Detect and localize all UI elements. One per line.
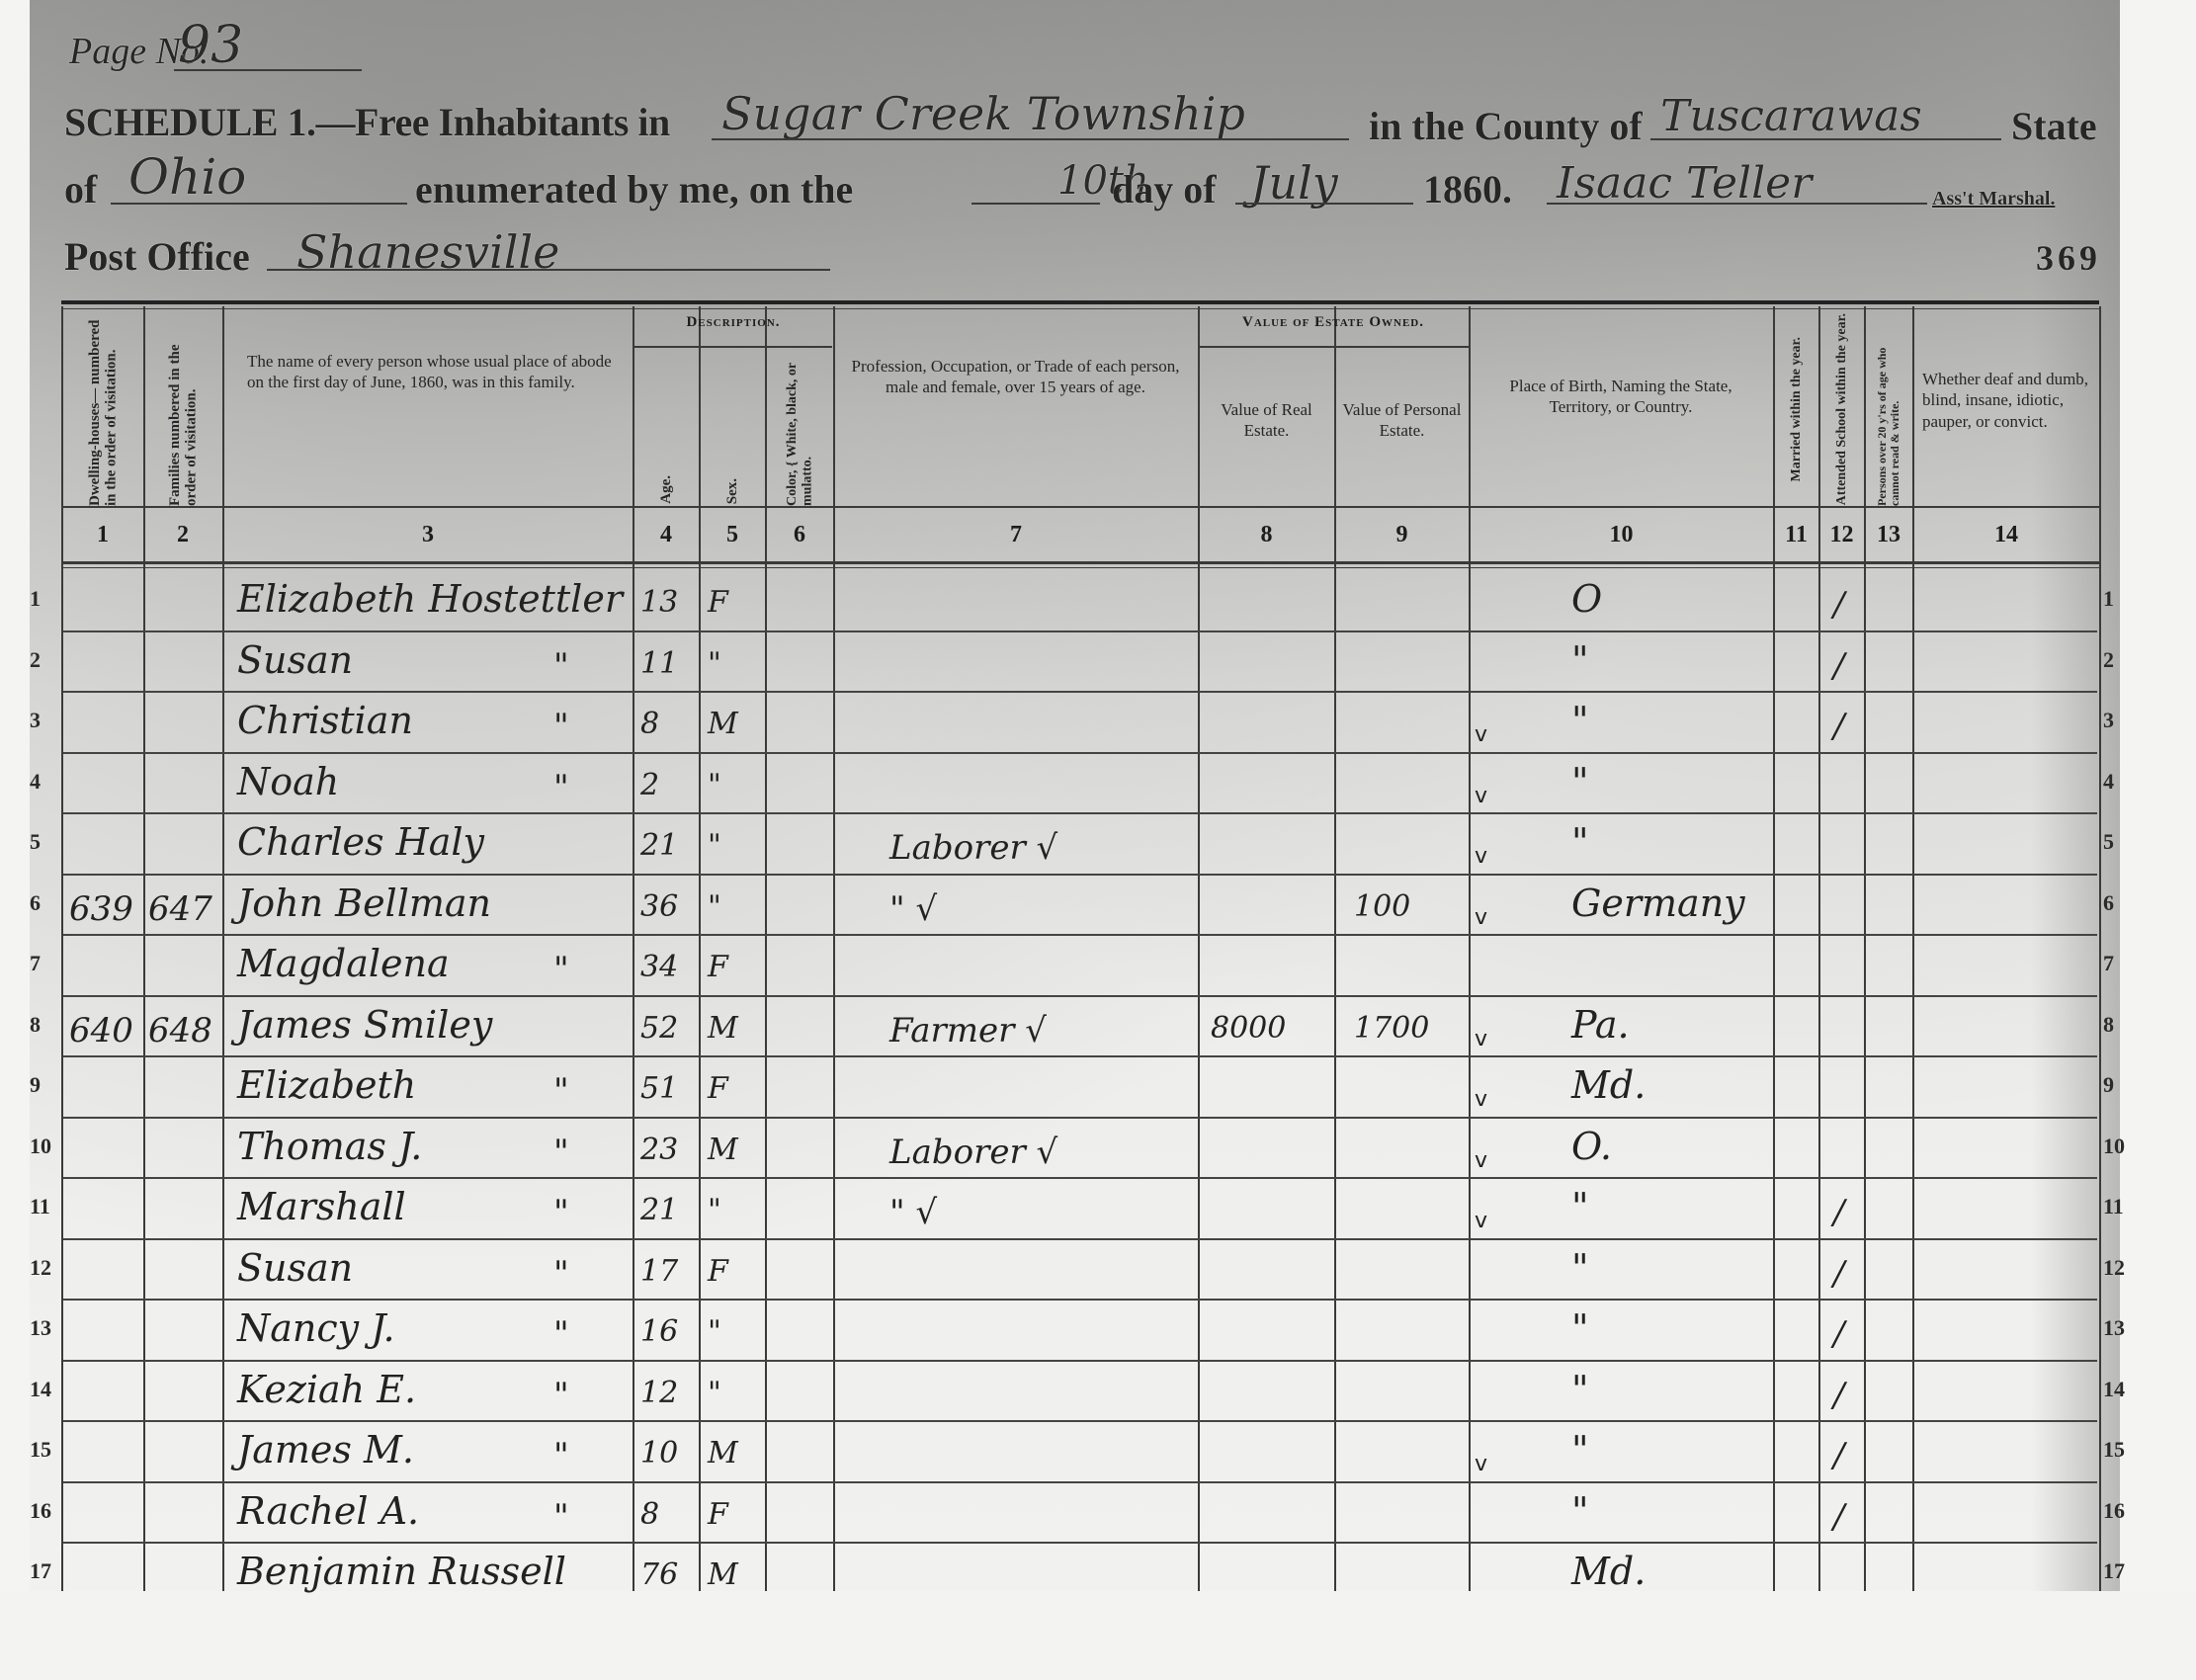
line-number: 8 — [2103, 1012, 2114, 1038]
col-rule — [222, 306, 224, 1591]
cell-birthplace: Germany — [1571, 882, 1745, 925]
header-age: Age. — [634, 356, 698, 504]
cell-occupation: " √ — [889, 889, 937, 929]
cell-occupation: Laborer √ — [889, 828, 1057, 868]
cell-age: 8 — [640, 1497, 659, 1532]
cell-birth-check: v — [1475, 722, 1487, 747]
line-number: 1 — [2103, 586, 2114, 612]
cell-name: Susan — [237, 638, 353, 682]
township-line — [712, 138, 1349, 140]
month-value: July — [1250, 156, 1338, 210]
line-number: 9 — [2103, 1072, 2114, 1098]
cell-birthplace: " — [1571, 760, 1588, 803]
column-number: 5 — [701, 522, 764, 548]
row-rule — [63, 874, 2097, 876]
cell-name: James M. — [237, 1428, 414, 1471]
column-number: 4 — [634, 522, 698, 548]
column-number: 13 — [1866, 522, 1911, 548]
cell-school: / — [1833, 646, 1844, 686]
cell-ditto: " — [553, 707, 569, 746]
cell-birthplace: O — [1571, 577, 1602, 621]
cell-sex: M — [708, 1557, 738, 1592]
cell-birth-check: v — [1475, 844, 1487, 869]
cell-birthplace: " — [1571, 1185, 1588, 1228]
column-number: 8 — [1200, 522, 1333, 548]
county-value: Tuscarawas — [1660, 91, 1922, 141]
state-label: State — [2011, 103, 2097, 149]
column-number: 9 — [1336, 522, 1468, 548]
cell-sex: F — [708, 950, 728, 984]
header-married: Married within the year. — [1775, 312, 1817, 506]
cell-name: Marshall — [237, 1185, 406, 1228]
line-number: 7 — [30, 951, 41, 976]
cell-age: 11 — [640, 646, 678, 681]
page-number-line — [174, 69, 362, 71]
line-number: 15 — [30, 1437, 51, 1463]
row-rule — [63, 691, 2097, 693]
cell-name: Benjamin Russell — [237, 1550, 566, 1593]
cell-age: 21 — [640, 1193, 678, 1227]
row-rule — [63, 1299, 2097, 1301]
cell-school: / — [1833, 1254, 1844, 1294]
header-dwelling-text: Dwelling-houses— numbered in the order o… — [87, 312, 120, 506]
line-number: 3 — [30, 708, 41, 733]
cell-age: 36 — [640, 889, 678, 924]
cell-birth-check: v — [1475, 784, 1487, 808]
row-rule — [63, 1117, 2097, 1119]
cell-age: 51 — [640, 1071, 678, 1106]
line-number: 4 — [30, 769, 41, 795]
cell-birthplace: " — [1571, 1368, 1588, 1411]
cell-sex: M — [708, 707, 738, 741]
header-illiterate-text: Persons over 20 y'rs of age who cannot r… — [1876, 312, 1901, 506]
cell-age: 23 — [640, 1133, 678, 1167]
line-number: 12 — [2103, 1255, 2125, 1281]
cell-birthplace: " — [1571, 820, 1588, 864]
cell-birthplace: " — [1571, 638, 1588, 682]
line-number: 6 — [30, 890, 41, 916]
cell-age: 2 — [640, 768, 659, 802]
row-rule — [63, 752, 2097, 754]
header-family: Families numbered in the order of visita… — [145, 312, 220, 506]
line-number: 11 — [30, 1194, 50, 1219]
column-number-rule — [61, 561, 2099, 564]
cell-birth-check: v — [1475, 1027, 1487, 1051]
row-rule — [63, 812, 2097, 814]
cell-name: Elizabeth — [237, 1063, 416, 1107]
column-number: 2 — [145, 522, 220, 548]
header-color: Color, { White, black, or mulatto. — [767, 312, 832, 506]
cell-name: Magdalena — [237, 942, 450, 985]
column-number: 14 — [1914, 522, 2098, 548]
table-top-rule — [61, 300, 2099, 304]
header-disability: Whether deaf and dumb, blind, insane, id… — [1922, 336, 2092, 464]
header-dwelling: Dwelling-houses— numbered in the order o… — [63, 312, 142, 506]
cell-age: 17 — [640, 1254, 678, 1289]
header-sex: Sex. — [701, 356, 764, 504]
line-number: 14 — [2103, 1377, 2125, 1402]
header-personal-estate-text: Value of Personal Estate. — [1336, 399, 1468, 442]
header-color-text: Color, { White, black, or mulatto. — [785, 312, 815, 506]
day-line — [971, 203, 1100, 205]
line-number: 2 — [30, 647, 41, 673]
cell-birthplace: Md. — [1571, 1063, 1646, 1107]
cell-birthplace: " — [1571, 699, 1588, 742]
cell-ditto: " — [553, 768, 569, 807]
page-number: 93 — [178, 16, 243, 75]
cell-name: Susan — [237, 1246, 353, 1290]
line-number: 10 — [2103, 1134, 2125, 1159]
header-estate-group: Value of Estate Owned. — [1200, 314, 1467, 331]
line-number: 7 — [2103, 951, 2114, 976]
enumerated-label: enumerated by me, on the — [415, 166, 853, 212]
cell-ditto: " — [553, 1133, 569, 1172]
cell-sex: " — [708, 889, 721, 924]
cell-real: 8000 — [1211, 1011, 1286, 1046]
township-value: Sugar Creek Township — [721, 87, 1245, 140]
cell-birthplace: " — [1571, 1246, 1588, 1290]
cell-birthplace: " — [1571, 1489, 1588, 1533]
line-number: 3 — [2103, 708, 2114, 733]
column-number-rule-thin — [61, 567, 2099, 568]
day-of-label: day of — [1112, 166, 1217, 212]
col-rule — [1912, 306, 1914, 1591]
line-number: 4 — [2103, 769, 2114, 795]
cell-family: 648 — [148, 1011, 212, 1050]
cell-name: Elizabeth Hostettler — [237, 577, 623, 621]
table-top-rule-thin — [61, 308, 2099, 309]
header-age-text: Age. — [658, 475, 675, 504]
cell-age: 34 — [640, 950, 678, 984]
cell-ditto: " — [553, 1436, 569, 1475]
row-rule — [63, 1481, 2097, 1483]
month-line — [1235, 203, 1413, 205]
year-label: 1860. — [1423, 166, 1512, 212]
line-number: 2 — [2103, 647, 2114, 673]
cell-sex: F — [708, 585, 728, 620]
schedule-title: SCHEDULE 1.—Free Inhabitants in — [64, 99, 670, 145]
header-illiterate: Persons over 20 y'rs of age who cannot r… — [1866, 312, 1911, 506]
cell-sex: " — [708, 1314, 721, 1349]
header-occupation: Profession, Occupation, or Trade of each… — [845, 312, 1186, 441]
cell-birth-check: v — [1475, 1209, 1487, 1233]
col-rule — [1334, 306, 1336, 1591]
header-married-text: Married within the year. — [1789, 337, 1804, 481]
cell-ditto: " — [553, 1314, 569, 1354]
cell-name: Rachel A. — [237, 1489, 419, 1533]
column-number: 6 — [767, 522, 832, 548]
cell-sex: " — [708, 1376, 721, 1410]
cell-sex: F — [708, 1071, 728, 1106]
header-name: The name of every person whose usual pla… — [247, 312, 613, 431]
cell-name: Keziah E. — [237, 1368, 416, 1411]
col-rule — [1198, 306, 1200, 1591]
row-rule — [63, 1360, 2097, 1362]
scan-margin — [0, 1591, 2196, 1680]
cell-birthplace: " — [1571, 1306, 1588, 1350]
cell-occupation: Laborer √ — [889, 1133, 1057, 1172]
line-number: 13 — [30, 1315, 51, 1341]
column-number: 11 — [1775, 522, 1817, 548]
column-number: 12 — [1820, 522, 1863, 548]
state-line — [111, 203, 407, 205]
state-value: Ohio — [128, 148, 246, 206]
cell-birth-check: v — [1475, 1452, 1487, 1476]
cell-birthplace: Pa. — [1571, 1003, 1630, 1047]
cell-name: James Smiley — [237, 1003, 492, 1047]
column-number: 7 — [835, 522, 1197, 548]
row-rule — [63, 1420, 2097, 1422]
column-number: 3 — [224, 522, 632, 548]
row-rule — [63, 1542, 2097, 1544]
line-number: 15 — [2103, 1437, 2125, 1463]
line-number: 16 — [2103, 1498, 2125, 1524]
line-number: 14 — [30, 1377, 51, 1402]
line-number: 17 — [30, 1558, 51, 1584]
cell-ditto: " — [553, 1376, 569, 1415]
header-birthplace: Place of Birth, Naming the State, Territ… — [1482, 312, 1759, 480]
header-personal-estate: Value of Personal Estate. — [1336, 366, 1468, 474]
marshal-label: Ass't Marshal. — [1932, 188, 2055, 210]
cell-birthplace: O. — [1571, 1125, 1612, 1168]
line-number: 16 — [30, 1498, 51, 1524]
cell-dwelling: 640 — [69, 1011, 133, 1050]
row-rule — [63, 934, 2097, 936]
cell-name: John Bellman — [237, 882, 491, 925]
cell-birth-check: v — [1475, 1087, 1487, 1112]
line-number: 1 — [30, 586, 41, 612]
cell-name: Nancy J. — [237, 1306, 395, 1350]
cell-school: / — [1833, 1314, 1844, 1354]
row-rule — [63, 1055, 2097, 1057]
cell-ditto: " — [553, 1254, 569, 1294]
cell-ditto: " — [553, 950, 569, 989]
cell-name: Christian — [237, 699, 413, 742]
cell-age: 12 — [640, 1376, 678, 1410]
cell-personal: 1700 — [1354, 1011, 1429, 1046]
row-rule — [63, 995, 2097, 997]
col-rule — [833, 306, 835, 1591]
cell-family: 647 — [148, 889, 212, 929]
row-rule — [63, 1238, 2097, 1240]
header-school: Attended School within the year. — [1820, 312, 1863, 506]
cell-sex: F — [708, 1254, 728, 1289]
line-number: 8 — [30, 1012, 41, 1038]
cell-age: 8 — [640, 707, 659, 741]
cell-age: 16 — [640, 1314, 678, 1349]
cell-dwelling: 639 — [69, 889, 133, 929]
cell-school: / — [1833, 1497, 1844, 1537]
cell-sex: M — [708, 1133, 738, 1167]
header-real-estate: Value of Real Estate. — [1200, 366, 1333, 474]
cell-ditto: " — [553, 1071, 569, 1111]
cell-ditto: " — [553, 1193, 569, 1232]
row-rule — [63, 1177, 2097, 1179]
cell-school: / — [1833, 707, 1844, 746]
cell-age: 76 — [640, 1557, 678, 1592]
cell-sex: M — [708, 1011, 738, 1046]
row-rule — [63, 630, 2097, 632]
post-office-line — [267, 269, 830, 271]
cell-ditto: " — [553, 1497, 569, 1537]
line-number: 5 — [2103, 829, 2114, 855]
post-office-label: Post Office — [64, 233, 250, 280]
line-number: 17 — [2103, 1558, 2125, 1584]
cell-ditto: " — [553, 646, 569, 686]
of-label: of — [64, 166, 97, 212]
line-number: 5 — [30, 829, 41, 855]
cell-birthplace: Md. — [1571, 1550, 1646, 1593]
header-occupation-text: Profession, Occupation, or Trade of each… — [845, 356, 1186, 398]
cell-sex: F — [708, 1497, 728, 1532]
cell-name: Thomas J. — [237, 1125, 422, 1168]
cell-personal: 100 — [1354, 889, 1410, 924]
line-number: 6 — [2103, 890, 2114, 916]
header-birthplace-text: Place of Birth, Naming the State, Territ… — [1482, 376, 1759, 418]
line-number: 9 — [30, 1072, 41, 1098]
column-number: 10 — [1471, 522, 1772, 548]
header-name-text: The name of every person whose usual pla… — [247, 351, 613, 393]
line-number: 11 — [2103, 1194, 2124, 1219]
cell-school: / — [1833, 1193, 1844, 1232]
cell-age: 13 — [640, 585, 678, 620]
sheet-number: 369 — [2036, 237, 2101, 279]
col-rule — [1469, 306, 1471, 1591]
cell-age: 21 — [640, 828, 678, 863]
line-number: 10 — [30, 1134, 51, 1159]
cell-birth-check: v — [1475, 1148, 1487, 1173]
cell-school: / — [1833, 1436, 1844, 1475]
cell-age: 10 — [640, 1436, 678, 1470]
header-school-text: Attended School within the year. — [1834, 313, 1849, 505]
cell-school: / — [1833, 1376, 1844, 1415]
col-rule — [2099, 306, 2101, 1591]
line-number: 13 — [2103, 1315, 2125, 1341]
header-disability-text: Whether deaf and dumb, blind, insane, id… — [1922, 369, 2092, 432]
header-real-estate-text: Value of Real Estate. — [1200, 399, 1333, 442]
cell-birth-check: v — [1475, 905, 1487, 930]
county-line — [1650, 138, 2001, 140]
county-label: in the County of — [1369, 103, 1643, 149]
cell-school: / — [1833, 585, 1844, 625]
cell-name: Charles Haly — [237, 820, 484, 864]
cell-occupation: " √ — [889, 1193, 937, 1232]
cell-occupation: Farmer √ — [889, 1011, 1047, 1050]
header-family-text: Families numbered in the order of visita… — [167, 312, 200, 506]
cell-sex: " — [708, 768, 721, 802]
cell-sex: M — [708, 1436, 738, 1470]
line-number: 12 — [30, 1255, 51, 1281]
cell-birthplace: " — [1571, 1428, 1588, 1471]
cell-sex: " — [708, 1193, 721, 1227]
marshal-line — [1547, 203, 1927, 205]
group-rule — [1200, 346, 1469, 348]
header-bottom-rule — [61, 506, 2099, 508]
cell-sex: " — [708, 646, 721, 681]
marshal-signature: Isaac Teller — [1557, 158, 1812, 209]
cell-age: 52 — [640, 1011, 678, 1046]
cell-sex: " — [708, 828, 721, 863]
column-number: 1 — [63, 522, 142, 548]
cell-name: Noah — [237, 760, 339, 803]
header-sex-text: Sex. — [724, 478, 741, 504]
